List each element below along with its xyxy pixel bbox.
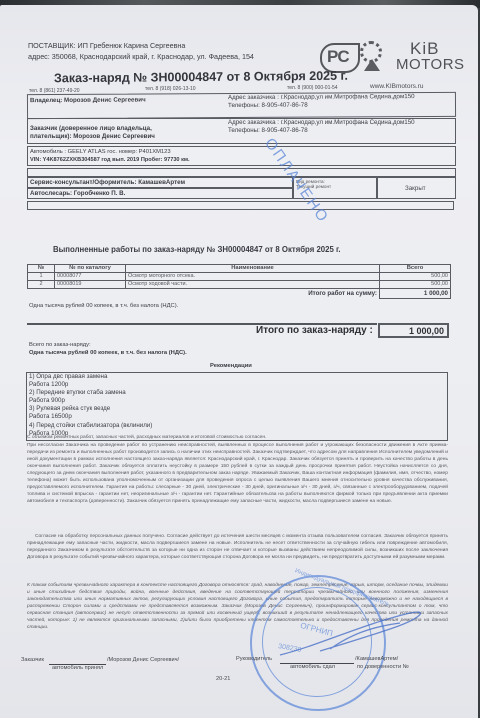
- mechanic: Автослесарь: Горобченко П. В.: [30, 190, 125, 199]
- grand-total-label: Итого по заказ-наряду :: [256, 325, 373, 336]
- manager-signature-label: Руководитель: [236, 656, 272, 662]
- supplier-address: адрес: 350068, Краснодарский край, г. Кр…: [28, 51, 254, 62]
- recommendation-line: 3) Рулевая рейка стук везде: [29, 405, 447, 413]
- customer-label-2: плательщик): Морозов Денис Сергеевич: [30, 133, 155, 142]
- owner-phones: Телефоны: 8-905-407-86-78: [228, 102, 308, 111]
- col-total: Всего: [380, 265, 451, 273]
- company-url: www.KIBmotors.ru: [370, 83, 423, 90]
- supplier-block: ПОСТАВЩИК: ИП Гребенюк Карина Сергеевна …: [28, 40, 254, 62]
- works-table: № № по каталогу Наименование Всего 1 000…: [27, 264, 451, 299]
- vehicle-vin: VIN: Y4K8762ZXKB304587 год вып. 2019 Про…: [30, 156, 190, 165]
- recommendation-line: 4) Перед стойки стабилизатора (вклинили): [29, 422, 447, 430]
- terms-agreement: С объемом ремонтных работ, запасных част…: [27, 435, 448, 442]
- consultant-box: Сервис-консультант/Оформитель: КамашевАр…: [27, 177, 293, 188]
- grand-total-value: 1 000,00: [409, 326, 444, 336]
- order-title: Заказ-наряд № ЗН00004847 от 8 Октября 20…: [54, 69, 348, 86]
- recommendations-heading: Рекомендации: [210, 363, 252, 369]
- manager-signature-sub: автомобиль сдал: [290, 664, 335, 670]
- table-row: 1 00008077 Осмотр моторного отсека. 500,…: [28, 273, 451, 281]
- blank-row: [27, 168, 456, 177]
- subtotal-value: 1 000,00: [380, 289, 451, 299]
- ribbon-icon: [364, 59, 380, 71]
- customer-box: Заказчик (доверенное лицо владельца, пла…: [27, 118, 456, 144]
- subtotal-label: Итого работ на сумму:: [28, 289, 380, 299]
- grand-total-words: Одна тысяча рублей 00 копеек, в т.ч. без…: [29, 350, 187, 356]
- subtotal-row: Итого работ на сумму: 1 000,00: [28, 289, 451, 299]
- vehicle-box: Автомобиль : GEELY ATLAS гос. номер: Р40…: [27, 146, 456, 166]
- blank-row-2: [27, 201, 454, 210]
- works-heading: Выполненные работы по заказ-наряду № ЗН0…: [53, 245, 341, 254]
- recommendation-line: Работа 1200р: [29, 381, 447, 389]
- service-consultant: Сервис-консультант/Оформитель: КамашевАр…: [30, 179, 185, 188]
- customer-signature-label: Заказчик: [21, 657, 44, 663]
- status-badge: Закрыт: [405, 185, 426, 192]
- status-box: Закрыт: [377, 177, 456, 199]
- grand-total-words-label: Всего по заказ-наряду:: [29, 342, 91, 348]
- recommendation-line: 2) Передние втулки стаба замена: [29, 389, 447, 397]
- phone-3: тел. 8 (900) 000-01-54: [287, 85, 338, 91]
- recommendation-line: Работа 16500р: [29, 413, 447, 421]
- brand-bottom: MOTORS: [396, 56, 465, 73]
- recommendations-box: 1) Опра двс правая замена Работа 1200р 2…: [26, 372, 448, 441]
- owner-name: Владелец: Морозов Денис Сергеевич: [30, 97, 146, 106]
- grand-total-box: 1 000,00: [378, 323, 449, 338]
- works-sum-words: Одна тысяча рублей 00 копеек, в т.ч. без…: [29, 303, 178, 309]
- customer-signature-name: /Морозов Денис Сергеевич/: [107, 657, 179, 663]
- terms-paragraph-1: При несогласии Заказчика на проведение р…: [27, 443, 448, 506]
- col-number: №: [28, 265, 55, 273]
- col-name: Наименование: [126, 265, 380, 273]
- recommendation-line: Работа 900р: [29, 397, 447, 405]
- customer-phones: Телефоны: 8-905-407-86-78: [228, 127, 308, 136]
- phone-2: тел. 8 (918) 026-13-10: [145, 86, 196, 92]
- proxy-label: по доверенности №: [357, 664, 409, 670]
- work-order-document: ПОСТАВЩИК: ИП Гребенюк Карина Сергеевна …: [0, 5, 478, 718]
- table-row: 2 00008019 Осмотр ходовой части. 500,00: [28, 281, 451, 289]
- col-catalog: № по каталогу: [55, 265, 126, 273]
- recommendation-line: 1) Опра двс правая замена: [29, 373, 447, 381]
- manager-signature-name: /КамашевАртем/: [355, 656, 398, 662]
- terms-paragraph-2: Согласие на обработку персональных данны…: [27, 534, 448, 562]
- supplier-name: ПОСТАВЩИК: ИП Гребенюк Карина Сергеевна: [28, 40, 254, 51]
- page-number: 20-21: [216, 676, 230, 682]
- table-header: № № по каталогу Наименование Всего: [28, 265, 451, 273]
- customer-signature-sub: автомобиль принял: [52, 665, 103, 671]
- owner-box: Владелец: Морозов Денис Сергеевич Адрес …: [27, 92, 456, 119]
- mechanic-box: Автослесарь: Горобченко П. В.: [27, 188, 293, 199]
